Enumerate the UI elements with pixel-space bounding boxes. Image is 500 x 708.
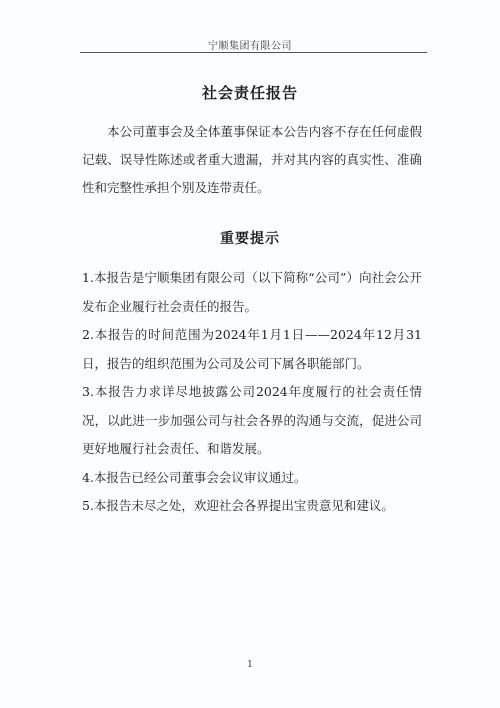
document-title: 社会责任报告 [0,82,500,103]
document-page: 宁顺集团有限公司 社会责任报告 本公司董事会及全体董事保证本公告内容不存在任何虚… [0,0,500,708]
note-item-2: 2.本报告的时间范围为2024年1月1日——2024年12月31日，报告的组织范… [82,321,422,378]
running-header: 宁顺集团有限公司 [0,37,500,52]
section-title-important-notes: 重要提示 [0,228,500,248]
board-statement: 本公司董事会及全体董事保证本公告内容不存在任何虚假记载、误导性陈述或者重大遗漏，… [82,118,422,202]
important-notes-list: 1.本报告是宁顺集团有限公司（以下简称“公司”）向社会公开发布企业履行社会责任的… [82,264,422,521]
note-item-4: 4.本报告已经公司董事会会议审议通过。 [82,464,422,493]
note-item-5: 5.本报告未尽之处，欢迎社会各界提出宝贵意见和建议。 [82,492,422,521]
note-item-1: 1.本报告是宁顺集团有限公司（以下简称“公司”）向社会公开发布企业履行社会责任的… [82,264,422,321]
header-divider [80,52,427,53]
page-number: 1 [0,660,500,670]
note-item-3: 3.本报告力求详尽地披露公司2024年度履行的社会责任情况，以此进一步加强公司与… [82,378,422,464]
